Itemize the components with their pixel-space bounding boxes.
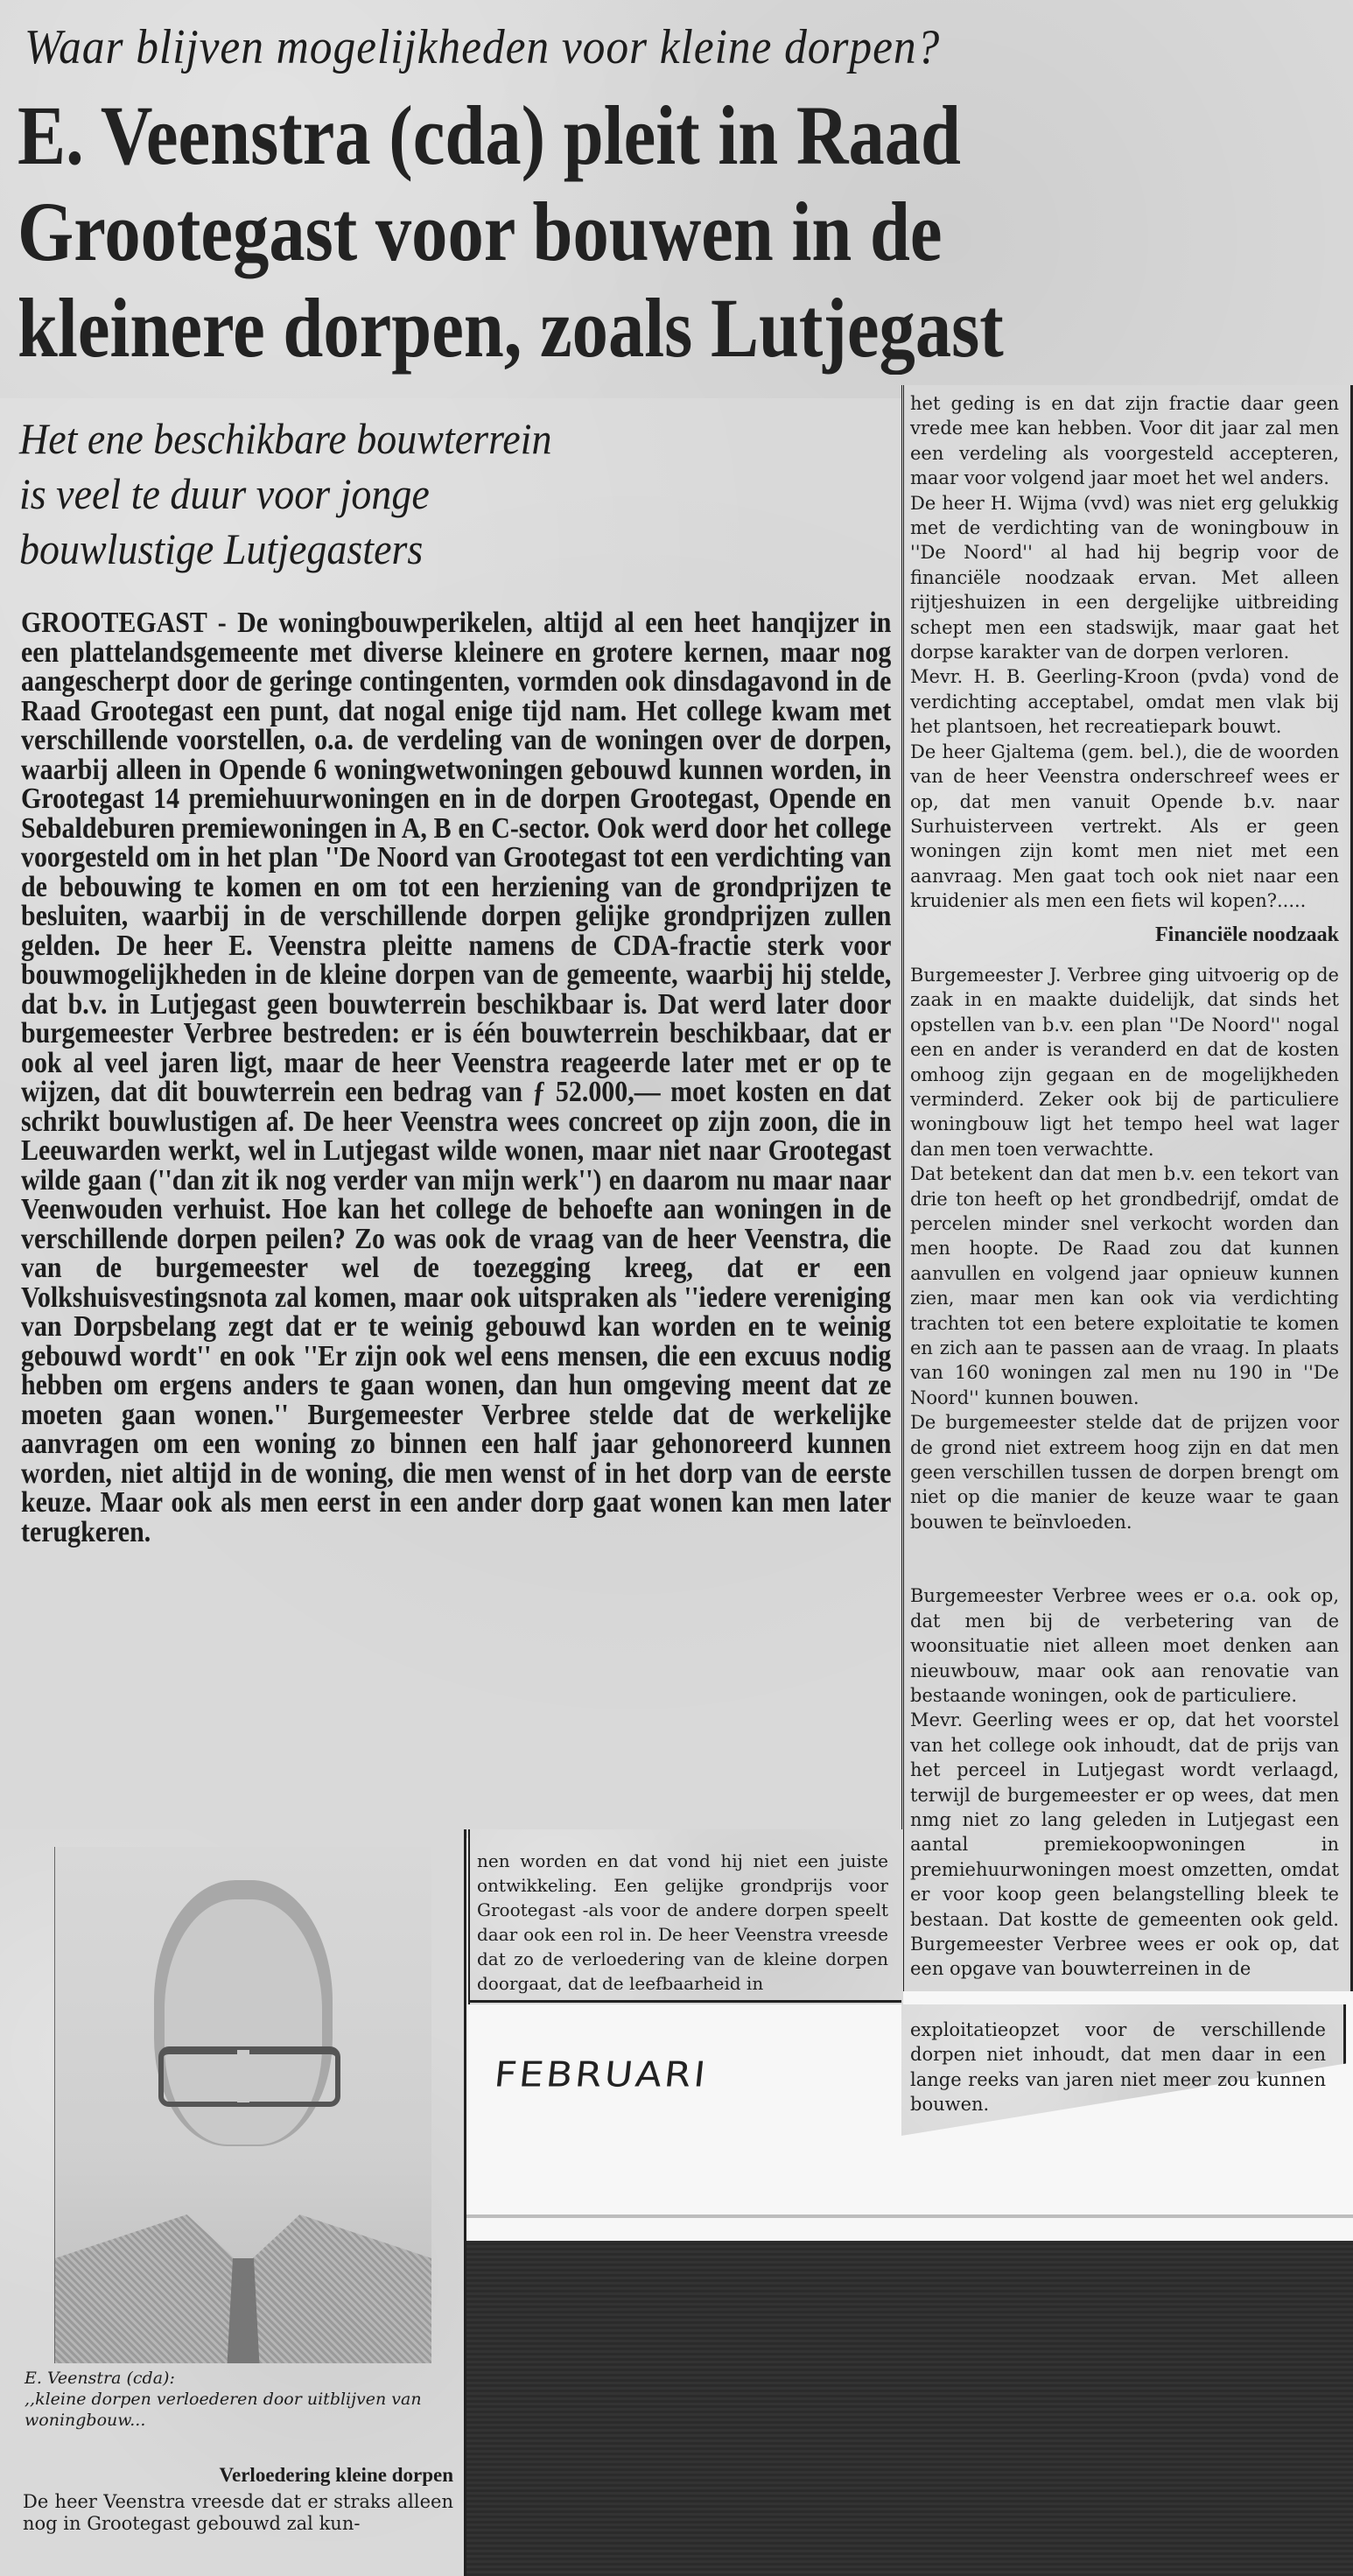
paragraph: Mevr. H. B. Geerling-Kroon (pvda) vond d… <box>910 664 1339 739</box>
caption-quote: ,,kleine dorpen verloederen door uitblij… <box>25 2389 453 2431</box>
section-heading-financiele-noodzaak: Financiële noodzaak <box>910 923 1339 947</box>
paragraph: Mevr. Geerling wees er op, dat het voors… <box>910 1708 1339 1981</box>
headline-line-3: kleinere dorpen, zoals Lutjegast <box>18 280 1192 376</box>
portrait-head <box>165 1899 322 2144</box>
paragraph: Dat betekent dan dat men b.v. een tekort… <box>910 1162 1339 1410</box>
headline-line-2: Grootegast voor bouwen in de <box>18 184 1192 280</box>
paragraph: De burgemeester stelde dat de prijzen vo… <box>910 1410 1339 1534</box>
paragraph: De heer Gjaltema (gem. bel.), die de woo… <box>910 740 1339 914</box>
headline-line-1: E. Veenstra (cda) pleit in Raad <box>18 88 1192 184</box>
photo-caption: E. Veenstra (cda): ,,kleine dorpen verlo… <box>25 2368 453 2431</box>
paragraph: De heer H. Wijma (vvd) was niet erg gelu… <box>910 491 1339 665</box>
right-column-text: het geding is en dat zijn fractie daar g… <box>910 391 1339 1982</box>
column-rule <box>468 2000 901 2003</box>
right-column-continuation: exploitatieopzet voor de verschillende d… <box>910 2018 1326 2117</box>
portrait-glasses <box>158 2046 340 2107</box>
subheadline-line-3: bouwlustige Lutjegasters <box>19 522 824 577</box>
verloedering-text-continued: nen worden en dat vond hij niet een juis… <box>477 1849 888 1996</box>
sheet-edge <box>464 2215 1353 2218</box>
article-headline: E. Veenstra (cda) pleit in Raad Grootega… <box>18 88 1192 376</box>
paragraph: het geding is en dat zijn fractie daar g… <box>910 391 1339 491</box>
lead-paragraph: GROOTEGAST - De woningbouwperikelen, alt… <box>21 608 891 1547</box>
paragraph: Burgemeester J. Verbree ging uitvoerig o… <box>910 963 1339 1162</box>
section-heading-verloedering: Verloedering kleine dorpen <box>25 2464 453 2487</box>
subheadline-line-2: is veel te duur voor jonge <box>19 467 824 522</box>
subheadline-line-1: Het ene beschikbare bouwterrein <box>19 411 824 467</box>
dark-backing-board <box>464 2243 1353 2576</box>
paragraph: Burgemeester Verbree wees er o.a. ook op… <box>910 1583 1339 1708</box>
paragraph: exploitatieopzet voor de verschillende d… <box>910 2018 1326 2117</box>
caption-name: E. Veenstra (cda): <box>25 2368 453 2389</box>
article-subheadline: Het ene beschikbare bouwterrein is veel … <box>19 411 824 577</box>
verloedering-text-start: De heer Veenstra vreesde dat er straks a… <box>23 2491 453 2535</box>
article-kicker: Waar blijven mogelijkheden voor kleine d… <box>25 19 1240 75</box>
handwritten-month-note: FEBRUARI <box>493 2055 711 2095</box>
portrait-photo <box>54 1847 431 2363</box>
